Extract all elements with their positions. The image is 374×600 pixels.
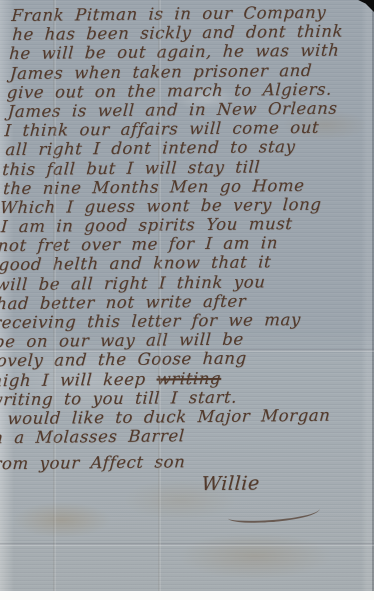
fold-crease-horizontal <box>0 543 374 546</box>
letter-body: Frank Pitman is in our Company he has be… <box>0 2 368 496</box>
scan-background-strip <box>0 591 374 600</box>
scanned-letter-viewport: Frank Pitman is in our Company he has be… <box>0 0 374 600</box>
letter-line-text: high I will keep <box>0 369 146 390</box>
signature-flourish <box>228 506 321 525</box>
letter-page: Frank Pitman is in our Company he has be… <box>0 0 374 591</box>
strikethrough-word: writing <box>156 368 222 388</box>
letter-line: in a Molasses Barrel <box>0 425 343 448</box>
letter-line: receiving this letter for we may <box>0 309 350 332</box>
letter-line: I would like to duck Major Morgan <box>0 405 344 428</box>
letter-signature: Willie <box>201 473 340 494</box>
letter-closing: from your Affect son <box>0 451 341 474</box>
letter-line: Which I guess wont be very long <box>0 194 357 217</box>
